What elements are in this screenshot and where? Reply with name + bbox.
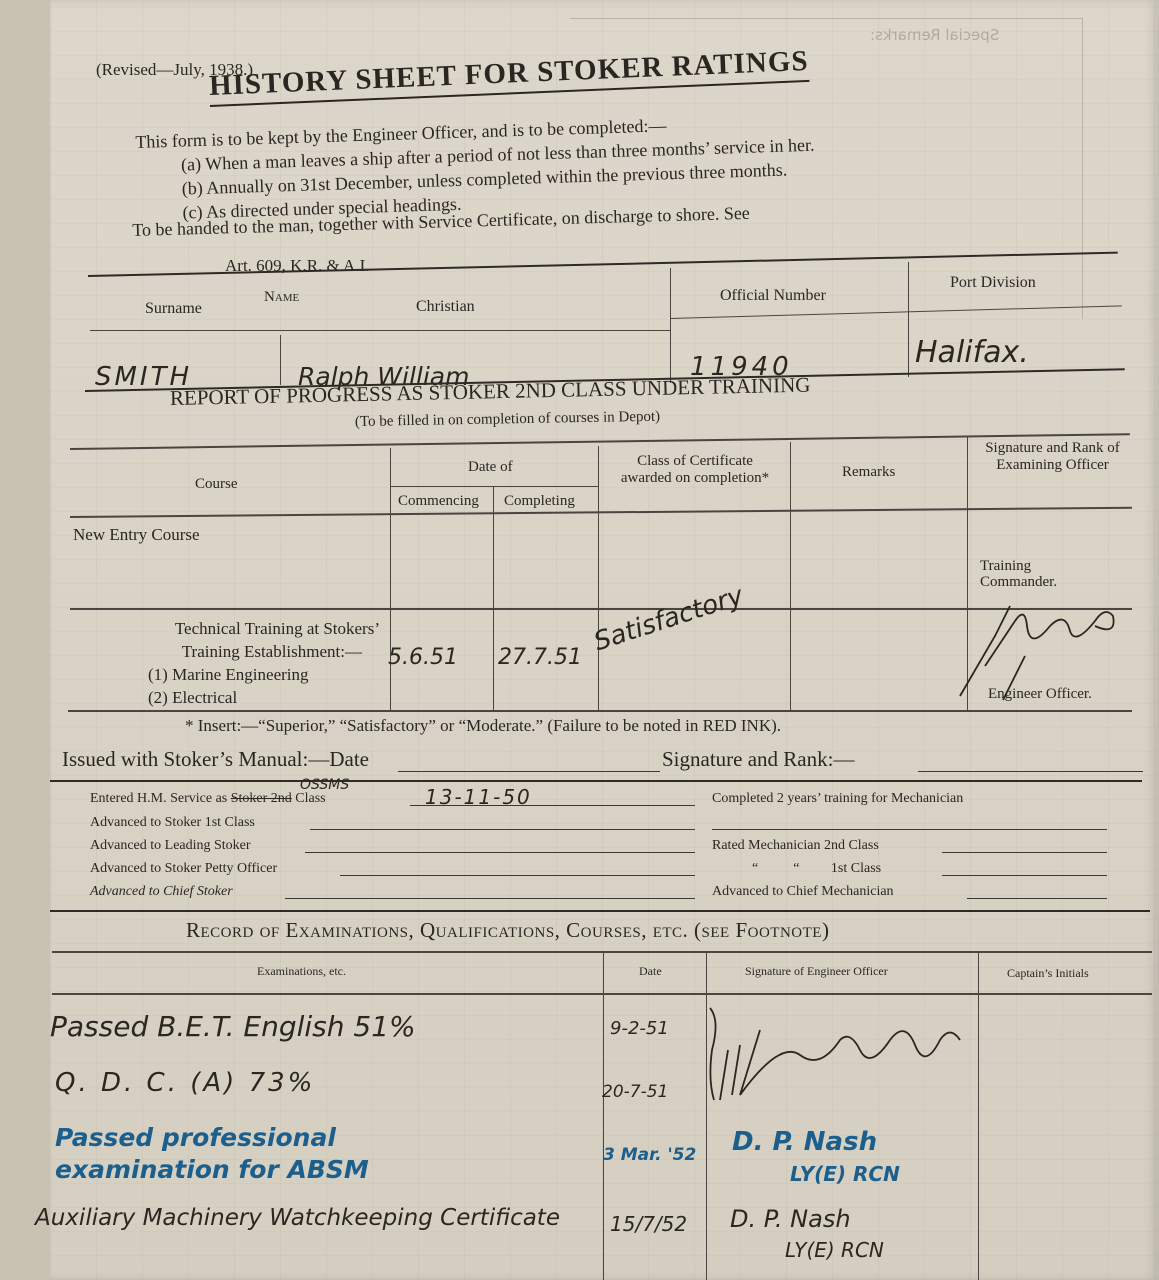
port-division-value: Halifax. (915, 335, 1029, 370)
advancement-row: Advanced to Chief Stoker (90, 884, 700, 907)
progress-report-subtitle: (To be filled in on completion of course… (355, 409, 660, 431)
binding-edge (0, 0, 51, 1280)
remarks-header: Remarks (842, 464, 895, 481)
tech-commencing-date: 5.6.51 (388, 645, 458, 670)
examining-officer-header: Signature and Rank of Examining Officer (970, 440, 1135, 474)
exam-row-3-text: Passed professional examination for ABSM (55, 1122, 475, 1186)
date-of-subrule (390, 486, 598, 487)
progress-col-1 (390, 448, 391, 710)
mechanician-training-field[interactable] (712, 829, 1107, 830)
manual-bottom-rule (50, 780, 1142, 782)
progress-col-2 (493, 486, 494, 710)
exam-header: Examinations, etc. (257, 964, 346, 979)
examinations-title: Record of Examinations, Qualifications, … (186, 918, 829, 943)
mechanician-row: “ “ 1st Class (712, 861, 1110, 884)
exam-row-4-rank: LY(E) RCN (785, 1238, 884, 1262)
history-sheet-page: Special Remarks: (Revised—July, 1938.) H… (50, 0, 1159, 1280)
exam-row-1-text: Passed B.E.T. English 51% (50, 1010, 416, 1043)
identity-divider-1 (670, 268, 671, 383)
exam-row-3-rank: LY(E) RCN (790, 1162, 900, 1186)
progress-report-title: REPORT OF PROGRESS AS STOKER 2ND CLASS U… (170, 373, 811, 411)
certificate-header: Class of Certificate awarded on completi… (615, 453, 775, 487)
progress-bottom-rule (68, 710, 1132, 712)
mechanician-label: Completed 2 years’ training for Mechanic… (712, 791, 963, 806)
captains-initials-header: Captain’s Initials (1007, 966, 1089, 981)
advancement-label: Advanced to Chief Stoker (90, 884, 233, 899)
advancement-label: Advanced to Stoker Petty Officer (90, 861, 277, 876)
identity-divider-2 (908, 262, 909, 377)
completing-header: Completing (504, 493, 575, 510)
tech-course-line-4: (2) Electrical (108, 686, 380, 709)
struck-stoker-2nd: Stoker 2nd (231, 791, 292, 806)
name-group-header: Name (264, 289, 299, 306)
identity-header-rule (90, 330, 670, 331)
chief-mechanician-field[interactable] (967, 898, 1107, 899)
mechanician-row: Advanced to Chief Mechanician (712, 884, 1110, 907)
leading-stoker-field[interactable] (305, 852, 695, 853)
exam-row-4-date: 15/7/52 (610, 1212, 687, 1236)
entered-service-label-2: Class (292, 791, 326, 806)
advancement-label: Advanced to Leading Stoker (90, 838, 251, 853)
advancement-left: Entered H.M. Service as Stoker 2nd Class… (90, 791, 700, 907)
mechanician-row (712, 815, 1110, 838)
engineer-officer-signature (700, 1000, 980, 1110)
advancement-bottom-rule (50, 910, 1150, 912)
mechanician-row: Rated Mechanician 2nd Class (712, 838, 1110, 861)
exam-row-4-text: Auxiliary Machinery Watchkeeping Certifi… (35, 1205, 560, 1231)
commencing-header: Commencing (398, 493, 479, 510)
mechanician-label: Advanced to Chief Mechanician (712, 884, 894, 899)
technical-training-course: Technical Training at Stokers’ Training … (108, 617, 380, 709)
christian-header: Christian (416, 298, 475, 316)
stokers-manual-label: Issued with Stoker’s Manual:—Date (62, 747, 369, 772)
entered-service-line (410, 805, 695, 806)
progress-col-3 (598, 446, 599, 710)
manual-date-field[interactable] (398, 771, 660, 772)
mechanician-label: “ “ 1st Class (712, 861, 881, 876)
tech-course-line-3: (1) Marine Engineering (108, 663, 380, 686)
exam-row-2-text: Q. D. C. (A) 73% (55, 1068, 315, 1098)
tech-course-line-2: Training Establishment:— (108, 640, 380, 663)
ossms-correction: OSSMS (300, 777, 349, 793)
entered-service-label-1: Entered H.M. Service as (90, 791, 231, 806)
new-entry-course-label: New Entry Course (73, 525, 200, 545)
manual-signature-field[interactable] (918, 771, 1143, 772)
progress-col-4 (790, 442, 791, 710)
advancement-label: Advanced to Stoker 1st Class (90, 815, 255, 830)
advancement-row: Advanced to Stoker Petty Officer (90, 861, 700, 884)
surname-header: Surname (145, 300, 202, 318)
tech-certificate-value: Satisfactory (590, 581, 747, 657)
exam-col-1 (603, 951, 604, 1280)
mechanician-1st-field[interactable] (942, 875, 1107, 876)
advancement-row: Advanced to Stoker 1st Class (90, 815, 700, 838)
exam-header-rule (52, 993, 1152, 995)
tech-completing-date: 27.7.51 (498, 645, 582, 670)
progress-header-rule (70, 507, 1132, 518)
port-division-header: Port Division (950, 274, 1036, 292)
manual-signature-label: Signature and Rank:— (662, 747, 854, 772)
identity-divider-3 (280, 335, 281, 385)
stoker-petty-officer-field[interactable] (340, 875, 695, 876)
date-of-header: Date of (468, 459, 513, 476)
chief-stoker-field[interactable] (285, 898, 695, 899)
course-header: Course (195, 476, 238, 493)
mechanician-2nd-field[interactable] (942, 852, 1107, 853)
exam-signature-header: Signature of Engineer Officer (745, 964, 888, 979)
stoker-1st-class-field[interactable] (310, 829, 695, 830)
exam-row-1-date: 9-2-51 (610, 1018, 669, 1039)
exam-row-2-date: 20-7-51 (602, 1082, 668, 1102)
exam-row-3-signature: D. P. Nash (732, 1127, 877, 1157)
bleed-through-text: Special Remarks: (870, 26, 999, 44)
exam-date-header: Date (639, 964, 662, 979)
engineer-officer-label: Engineer Officer. (988, 686, 1092, 703)
training-commander-label: Training Commander. (980, 558, 1100, 590)
official-number-header: Official Number (720, 287, 826, 305)
advancement-row: Advanced to Leading Stoker (90, 838, 700, 861)
exam-row-3-date: 3 Mar. '52 (603, 1145, 696, 1165)
exam-top-rule (52, 951, 1152, 953)
advancement-right: Completed 2 years’ training for Mechanic… (712, 791, 1110, 907)
certificate-footnote: * Insert:—“Superior,” “Satisfactory” or … (185, 716, 781, 736)
exam-row-4-signature: D. P. Nash (730, 1205, 851, 1233)
mechanician-row: Completed 2 years’ training for Mechanic… (712, 791, 1110, 815)
tech-course-line-1: Technical Training at Stokers’ (108, 617, 380, 640)
entered-service-row: Entered H.M. Service as Stoker 2nd Class… (90, 791, 700, 815)
mechanician-label: Rated Mechanician 2nd Class (712, 838, 879, 853)
